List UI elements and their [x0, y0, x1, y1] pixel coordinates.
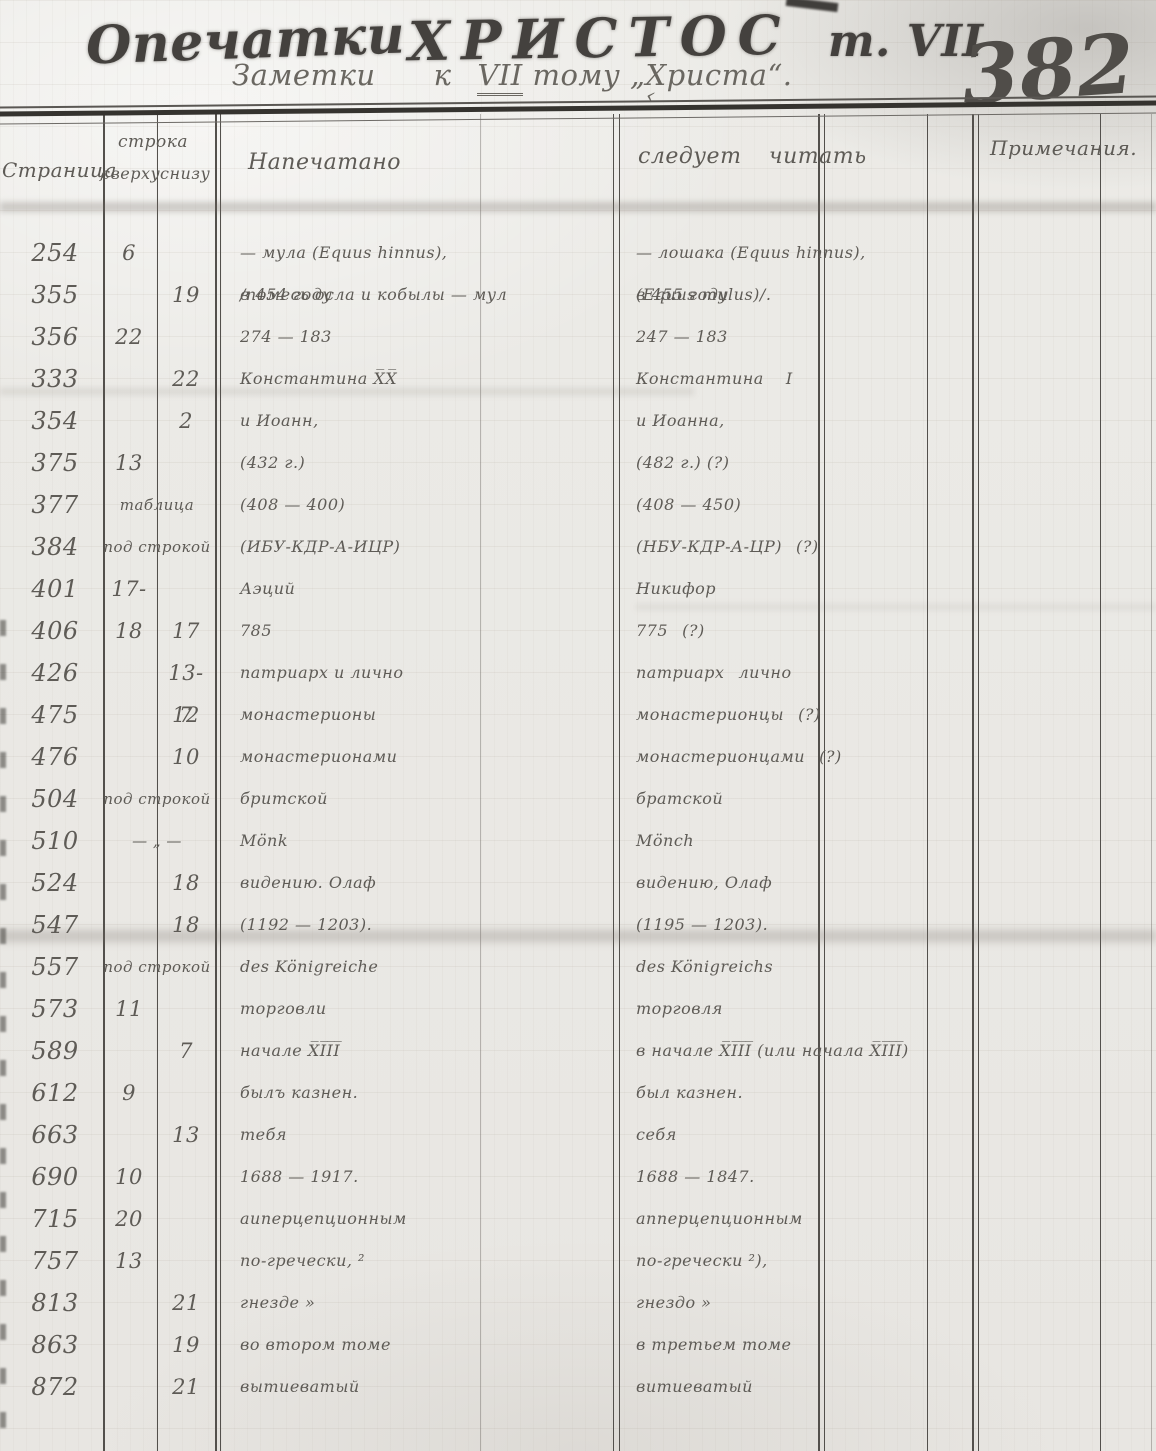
page-number: 355 [12, 274, 98, 316]
handwritten-line: себя [636, 1114, 1144, 1156]
handwritten-line: монастерионами [240, 736, 632, 778]
handwritten-line: Mönch [636, 820, 1144, 862]
line-note: под строкой [99, 526, 215, 568]
line-from-bottom: 13 [157, 1114, 215, 1156]
handwritten-line: торговля [636, 988, 1144, 1030]
handwritten-line: братской [636, 778, 1144, 820]
handwritten-line: был казнен. [636, 1072, 1144, 1114]
page-number: 589 [12, 1030, 98, 1072]
printed-text: Mönk [240, 820, 632, 862]
errata-row: 355 19 в 454 году в 455 году [0, 274, 1156, 316]
correct-text: (482 г.) (?) [636, 442, 1144, 484]
correct-text: Никифор [636, 568, 1144, 610]
page-number: 557 [12, 946, 98, 988]
handwritten-line: монастерионы [240, 694, 632, 736]
line-from-bottom: 2 [157, 400, 215, 442]
errata-row: 354 2 и Иоанн, и Иоанна, [0, 400, 1156, 442]
printed-text: торговли [240, 988, 632, 1030]
printed-text: 1688 — 1917. [240, 1156, 632, 1198]
errata-row: 384 под строкой (ИБУ-КДР-А-ИЦР) (НБУ-КДР… [0, 526, 1156, 568]
errata-row: 377 таблица (408 — 400) (408 — 450) [0, 484, 1156, 526]
line-from-bottom: 19 [157, 1324, 215, 1366]
page-number: 663 [12, 1114, 98, 1156]
scanned-errata-page: Опечатки ХРИСТОС т. VII 382 ЗаметкикVII … [0, 0, 1156, 1451]
correct-text: 1688 — 1847. [636, 1156, 1144, 1198]
handwritten-line: — лошака (Equus hinnus), [636, 232, 1144, 274]
errata-row: 401 17-18 Аэций Никифор [0, 568, 1156, 610]
line-note: таблица [99, 484, 215, 526]
handwritten-line: — мула (Equus hinnus), [240, 232, 632, 274]
line-from-bottom: 19 [157, 274, 215, 316]
handwritten-line: Аэций [240, 568, 632, 610]
handwritten-line: витиеватый [636, 1366, 1144, 1408]
correct-text: des Königreichs [636, 946, 1144, 988]
page-number: 872 [12, 1366, 98, 1408]
correct-text: Константина I [636, 358, 1144, 400]
page-number: 524 [12, 862, 98, 904]
handwritten-line: (482 г.) (?) [636, 442, 1144, 484]
line-from-top: 22 [102, 316, 156, 358]
handwritten-line: начале X̅I̅I̅I̅ [240, 1030, 632, 1072]
correct-text: (1195 — 1203). [636, 904, 1144, 946]
handwritten-line: (1195 — 1203). [636, 904, 1144, 946]
correct-text: в 455 году [636, 274, 1144, 316]
line-from-top: 9 [102, 1072, 156, 1114]
header-correct: следует читать [638, 144, 867, 169]
errata-row: 524 18 видению. Олаф видению, Олаф [0, 862, 1156, 904]
correct-text: патриарх лично [636, 652, 1144, 694]
line-from-bottom: 17 [157, 610, 215, 652]
errata-row: 547 18 (1192 — 1203). (1195 — 1203). [0, 904, 1156, 946]
page-number: 573 [12, 988, 98, 1030]
handwritten-line: во втором томе [240, 1324, 632, 1366]
correct-text: в третьем томе [636, 1324, 1144, 1366]
handwritten-line: 247 — 183 [636, 316, 1144, 358]
errata-row: 872 21 вытиеватый витиеватый [0, 1366, 1156, 1408]
errata-row: 863 19 во втором томе в третьем томе [0, 1324, 1156, 1366]
fold-smudge [0, 202, 1156, 212]
errata-row: 475 7 монастерионы монастерионцы (?) [0, 694, 1156, 736]
printed-text: начале X̅I̅I̅I̅ [240, 1030, 632, 1072]
correct-text: (408 — 450) [636, 484, 1144, 526]
subtitle-pre: Заметки [232, 58, 376, 92]
printed-text: видению. Олаф [240, 862, 632, 904]
errata-row: 476 10 монастерионами монастерионцами (?… [0, 736, 1156, 778]
correct-text: братской [636, 778, 1144, 820]
correct-text: себя [636, 1114, 1144, 1156]
correct-text: был казнен. [636, 1072, 1144, 1114]
header-printed: Напечатано [248, 150, 401, 175]
page-number: 690 [12, 1156, 98, 1198]
line-from-top: 20 [102, 1198, 156, 1240]
header-line: строка [118, 132, 188, 152]
printed-text: (408 — 400) [240, 484, 632, 526]
handwritten-line: 1688 — 1917. [240, 1156, 632, 1198]
line-from-bottom: 7 [157, 694, 215, 736]
line-from-top: 6 [102, 232, 156, 274]
printed-text: тебя [240, 1114, 632, 1156]
header-page: Страница [2, 158, 117, 182]
correct-text: 247 — 183 [636, 316, 1144, 358]
line-from-top: 11 [102, 988, 156, 1030]
printed-text: и Иоанн, [240, 400, 632, 442]
page-number: 333 [12, 358, 98, 400]
subtitle-k: к [434, 58, 452, 92]
handwritten-line: Константина X̅X̅ [240, 358, 632, 400]
pencil-smear-mark [786, 0, 839, 12]
page-number: 757 [12, 1240, 98, 1282]
page-number: 475 [12, 694, 98, 736]
page-number: 426 [12, 652, 98, 694]
page-number: 401 [12, 568, 98, 610]
line-from-top: 13 [102, 1240, 156, 1282]
handwritten-line: в 455 году [636, 274, 1144, 316]
handwritten-line: 274 — 183 [240, 316, 632, 358]
handwritten-line: торговли [240, 988, 632, 1030]
correct-text: в начале X̅I̅I̅I̅ (или начала X̅I̅I̅I̅) [636, 1030, 1144, 1072]
errata-row: 426 13-12 патриарх и лично патриарх личн… [0, 652, 1156, 694]
handwritten-line: аиперцепционным [240, 1198, 632, 1240]
handwritten-line: Никифор [636, 568, 1144, 610]
header-notes: Примечания. [990, 136, 1137, 160]
line-from-bottom: 18 [157, 904, 215, 946]
errata-row: 375 13 (432 г.) (482 г.) (?) [0, 442, 1156, 484]
errata-row: 333 22 Константина X̅X̅ Константина I [0, 358, 1156, 400]
printed-text: Аэций [240, 568, 632, 610]
handwritten-line: бритской [240, 778, 632, 820]
page-number: 510 [12, 820, 98, 862]
printed-text: монастерионы [240, 694, 632, 736]
line-from-bottom: 18 [157, 862, 215, 904]
handwritten-line: 1688 — 1847. [636, 1156, 1144, 1198]
page-number: 375 [12, 442, 98, 484]
errata-row: 504 под строкой бритской братской [0, 778, 1156, 820]
page-number: 254 [12, 232, 98, 274]
handwritten-line: и Иоанн, [240, 400, 632, 442]
correct-text: Mönch [636, 820, 1144, 862]
errata-row: 356 22 274 — 183 247 — 183 [0, 316, 1156, 358]
correct-text: (НБУ-КДР-А-ЦР) (?) [636, 526, 1144, 568]
printed-text: (432 г.) [240, 442, 632, 484]
page-number: 715 [12, 1198, 98, 1240]
handwritten-line: в 454 году [240, 274, 632, 316]
line-from-bottom: 21 [157, 1366, 215, 1408]
correct-text: гнездо » [636, 1282, 1144, 1324]
printed-text: былъ казнен. [240, 1072, 632, 1114]
errata-row: 254 6 — мула (Equus hinnus),/помесь осла… [0, 232, 1156, 274]
page-number: 813 [12, 1282, 98, 1324]
handwritten-line: (408 — 450) [636, 484, 1144, 526]
subtitle-post: тому „Христа“ [532, 58, 782, 92]
errata-row: 612 9 былъ казнен. был казнен. [0, 1072, 1156, 1114]
page-number: 354 [12, 400, 98, 442]
errata-row: 557 под строкой des Königreiche des Köni… [0, 946, 1156, 988]
printed-text: во втором томе [240, 1324, 632, 1366]
printed-text: des Königreiche [240, 946, 632, 988]
errata-row: 510 — „ — Mönk Mönch [0, 820, 1156, 862]
printed-text: 785 [240, 610, 632, 652]
subtitle-volume: VII [477, 58, 522, 96]
correct-text: монастерионцами (?) [636, 736, 1144, 778]
handwritten-line: монастерионцы (?) [636, 694, 1144, 736]
handwritten-line: 775 (?) [636, 610, 1144, 652]
handwritten-line: тебя [240, 1114, 632, 1156]
page-number: 612 [12, 1072, 98, 1114]
handwritten-line: монастерионцами (?) [636, 736, 1144, 778]
printed-text: Константина X̅X̅ [240, 358, 632, 400]
handwritten-line: в третьем томе [636, 1324, 1144, 1366]
errata-row: 663 13 тебя себя [0, 1114, 1156, 1156]
handwritten-line: патриарх лично [636, 652, 1144, 694]
printed-text: монастерионами [240, 736, 632, 778]
handwritten-line: des Königreiche [240, 946, 632, 988]
handwritten-line: видению, Олаф [636, 862, 1144, 904]
line-note: под строкой [99, 778, 215, 820]
page-number: 377 [12, 484, 98, 526]
line-from-bottom: 7 [157, 1030, 215, 1072]
subtitle-period: . [783, 58, 793, 92]
correct-text: витиеватый [636, 1366, 1144, 1408]
line-from-bottom: 21 [157, 1282, 215, 1324]
handwritten-line: гнездо » [636, 1282, 1144, 1324]
errata-table-body: 254 6 — мула (Equus hinnus),/помесь осла… [0, 232, 1156, 1408]
line-from-bottom: 10 [157, 736, 215, 778]
page-number-stamp: 382 [959, 16, 1138, 124]
handwritten-line: 785 [240, 610, 632, 652]
correct-text: 775 (?) [636, 610, 1144, 652]
handwritten-line: по-гречески, ² [240, 1240, 632, 1282]
line-note: под строкой [99, 946, 215, 988]
line-from-top: 13 [102, 442, 156, 484]
errata-row: 406 17 785 775 (?) [0, 610, 1156, 652]
handwritten-line: (408 — 400) [240, 484, 632, 526]
printed-text: 274 — 183 [240, 316, 632, 358]
handwritten-line: Константина I [636, 358, 1144, 400]
line-from-top: 10 [102, 1156, 156, 1198]
handwritten-line: (ИБУ-КДР-А-ИЦР) [240, 526, 632, 568]
line-from-bottom: 22 [157, 358, 215, 400]
correct-text: по-гречески ²), [636, 1240, 1144, 1282]
printed-text: (1192 — 1203). [240, 904, 632, 946]
page-number: 356 [12, 316, 98, 358]
errata-row: 573 11 торговли торговля [0, 988, 1156, 1030]
printed-text: в 454 году [240, 274, 632, 316]
line-note: — „ — [99, 820, 215, 862]
page-number: 504 [12, 778, 98, 820]
handwritten-line: былъ казнен. [240, 1072, 632, 1114]
header-line-bottom: снизу [160, 164, 210, 183]
handwritten-line: патриарх и лично [240, 652, 632, 694]
correct-text: монастерионцы (?) [636, 694, 1144, 736]
handwritten-line: des Königreichs [636, 946, 1144, 988]
handwritten-line: в начале X̅I̅I̅I̅ (или начала X̅I̅I̅I̅) [636, 1030, 1144, 1072]
correct-text: торговля [636, 988, 1144, 1030]
handwritten-line: видению. Олаф [240, 862, 632, 904]
printed-text: аиперцепционным [240, 1198, 632, 1240]
page-number: 384 [12, 526, 98, 568]
handwritten-line: Mönk [240, 820, 632, 862]
handwritten-line: по-гречески ²), [636, 1240, 1144, 1282]
errata-row: 690 10 1688 — 1917. 1688 — 1847. [0, 1156, 1156, 1198]
page-number: 406 [12, 610, 98, 652]
errata-row: 813 21 гнезде » гнездо » [0, 1282, 1156, 1324]
correct-text: апперцепционным [636, 1198, 1144, 1240]
printed-text: по-гречески, ² [240, 1240, 632, 1282]
errata-row: 715 20 аиперцепционным апперцепционным [0, 1198, 1156, 1240]
handwritten-line: и Иоанна, [636, 400, 1144, 442]
handwritten-line: апперцепционным [636, 1198, 1144, 1240]
header-line-top: сверху [101, 164, 160, 183]
page-number: 476 [12, 736, 98, 778]
handwritten-line: гнезде » [240, 1282, 632, 1324]
errata-row: 589 7 начале X̅I̅I̅I̅ в начале X̅I̅I̅I̅ … [0, 1030, 1156, 1072]
handwritten-line: (1192 — 1203). [240, 904, 632, 946]
correct-text: и Иоанна, [636, 400, 1144, 442]
printed-text: гнезде » [240, 1282, 632, 1324]
printed-text: (ИБУ-КДР-А-ИЦР) [240, 526, 632, 568]
printed-text: бритской [240, 778, 632, 820]
printed-text: патриарх и лично [240, 652, 632, 694]
subtitle: ЗаметкикVII тому „Христа“. [232, 58, 793, 92]
handwritten-line: (НБУ-КДР-А-ЦР) (?) [636, 526, 1144, 568]
printed-text: вытиеватый [240, 1366, 632, 1408]
correct-text: видению, Олаф [636, 862, 1144, 904]
handwritten-line: (432 г.) [240, 442, 632, 484]
page-number: 863 [12, 1324, 98, 1366]
page-number: 547 [12, 904, 98, 946]
errata-row: 757 13 по-гречески, ² по-гречески ²), [0, 1240, 1156, 1282]
handwritten-line: вытиеватый [240, 1366, 632, 1408]
